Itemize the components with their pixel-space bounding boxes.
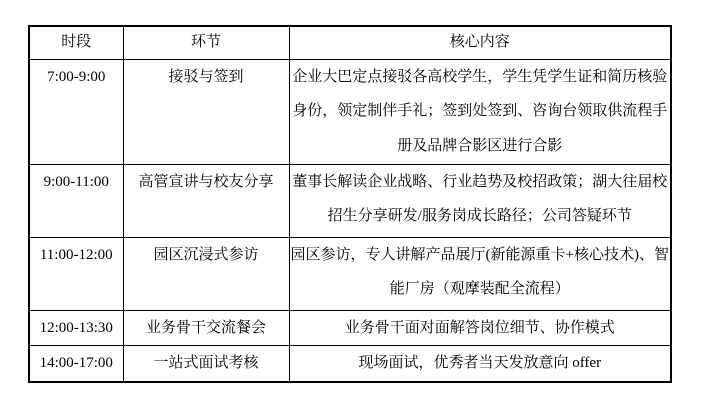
table-row: 11:00-12:00 园区沉浸式参访 园区参访，专人讲解产品展厅(新能源重卡+… bbox=[29, 237, 671, 310]
header-cell-content: 核心内容 bbox=[289, 26, 671, 59]
table-row: 12:00-13:30 业务骨干交流餐会 业务骨干面对面解答岗位细节、协作模式 bbox=[29, 310, 671, 346]
cell-session: 高管宣讲与校友分享 bbox=[123, 164, 289, 237]
cell-session: 接驳与签到 bbox=[123, 59, 289, 164]
cell-session: 业务骨干交流餐会 bbox=[123, 310, 289, 346]
table-row: 9:00-11:00 高管宣讲与校友分享 董事长解读企业战略、行业趋势及校招政策… bbox=[29, 164, 671, 237]
cell-time: 7:00-9:00 bbox=[29, 59, 123, 164]
header-cell-time: 时段 bbox=[29, 26, 123, 59]
cell-content: 企业大巴定点接驳各高校学生，学生凭学生证和简历核验身份，领定制伴手礼；签到处签到… bbox=[289, 59, 671, 164]
schedule-table: 时段 环节 核心内容 7:00-9:00 接驳与签到 企业大巴定点接驳各高校学生… bbox=[28, 25, 672, 383]
cell-session: 一站式面试考核 bbox=[123, 346, 289, 382]
header-cell-session: 环节 bbox=[123, 26, 289, 59]
table-row: 14:00-17:00 一站式面试考核 现场面试，优秀者当天发放意向 offer bbox=[29, 346, 671, 382]
cell-time: 9:00-11:00 bbox=[29, 164, 123, 237]
cell-content: 业务骨干面对面解答岗位细节、协作模式 bbox=[289, 310, 671, 346]
cell-time: 12:00-13:30 bbox=[29, 310, 123, 346]
cell-content: 董事长解读企业战略、行业趋势及校招政策；湖大往届校招生分享研发/服务岗成长路径；… bbox=[289, 164, 671, 237]
cell-time: 11:00-12:00 bbox=[29, 237, 123, 310]
cell-content: 园区参访，专人讲解产品展厅(新能源重卡+核心技术)、智能厂房（观摩装配全流程） bbox=[289, 237, 671, 310]
cell-session: 园区沉浸式参访 bbox=[123, 237, 289, 310]
table-header-row: 时段 环节 核心内容 bbox=[29, 26, 671, 59]
cell-time: 14:00-17:00 bbox=[29, 346, 123, 382]
table-row: 7:00-9:00 接驳与签到 企业大巴定点接驳各高校学生，学生凭学生证和简历核… bbox=[29, 59, 671, 164]
cell-content: 现场面试，优秀者当天发放意向 offer bbox=[289, 346, 671, 382]
